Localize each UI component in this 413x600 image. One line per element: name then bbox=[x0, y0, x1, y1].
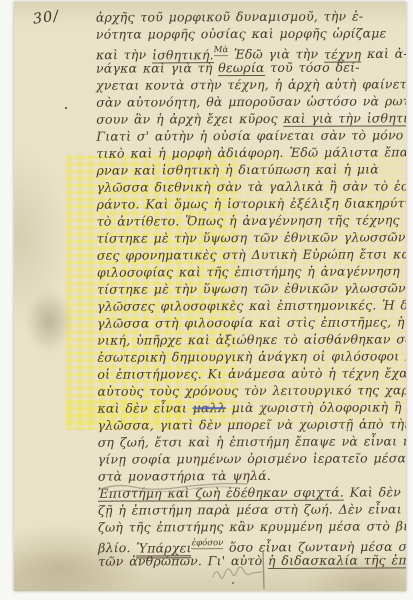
text-segment: τίστηκε μὲ τὴν ὕψωση τῶν ἐθνικῶν γλωσσῶν… bbox=[97, 229, 406, 246]
inserted-word: ἐφόσον bbox=[192, 538, 224, 549]
text-segment: ζῇ ἡ ἐπιστήμη παρὰ μέσα στὴ ζωή. Δὲν εἶν… bbox=[98, 501, 406, 517]
text-segment: σουν ἂν ἡ ἀρχὴ ἔχει κῦρος bbox=[96, 111, 283, 127]
text-line: νική, ὑπῆρχε καὶ ἀξιώθηκε τὸ αἰσθάνθηκαν… bbox=[97, 330, 406, 348]
text-line: γλῶσσα, γιατὶ δὲν μπορεῖ νὰ χωριστῇ ἀπὸ … bbox=[98, 415, 406, 433]
text-line: τίστηκε μὲ τὴν ὕψωση τῶν ἐθνικῶν γλωσσῶν… bbox=[97, 228, 406, 246]
text-line: Γιατὶ σ' αὐτὴν ἡ οὐσία φαίνεται σὰν τὸ μ… bbox=[96, 126, 406, 144]
text-line: βλίο. Ὑπάρχειἐφόσον ὅσο εἶναι ζωντανὴ μέ… bbox=[98, 534, 406, 552]
text-segment: γλῶσσα διεθνικὴ σὰν τὰ γαλλικὰ ἢ σὰν τὸ … bbox=[97, 178, 406, 194]
text-line: καὶ δὲν εἶναι μαλλ μιὰ χωριστὴ ὁλοφορικὴ… bbox=[97, 398, 406, 416]
text-segment: στὰ μοναστήρια τὰ ψηλά. bbox=[98, 468, 271, 484]
text-line: σουν ἂν ἡ ἀρχὴ ἔχει κῦρος καὶ γιὰ τὴν ἰσ… bbox=[96, 109, 406, 127]
text-segment: σες φρονηματικὲς στὴ Δυτικὴ Εὐρώπη ἔτσι … bbox=[97, 246, 406, 263]
text-segment: αὐτοὺς τοὺς χρόνους τὸν λειτουργικό της … bbox=[97, 382, 406, 399]
text-segment: ση ζωή, ἔτσι καὶ ἡ ἐπιστήμη ἔπαψε νὰ εἶν… bbox=[98, 433, 406, 449]
text-segment: τὸ ἀντίθετο. Ὅπως ἡ ἀναγέννηση τῆς τέχνη… bbox=[97, 212, 406, 228]
text-line: γίνῃ σοφία μυημένων ὁρισμένο ἱερατεῖο μέ… bbox=[98, 449, 406, 467]
text-line: γλῶσσες φιλοσοφικὲς καὶ ἐπιστημονικές. Ἡ… bbox=[97, 296, 406, 314]
text-segment: ρναν καὶ ἰσθητικὴ ἡ διατύπωση καὶ ἡ μιὰ bbox=[96, 161, 378, 177]
text-segment: τῶν ἀνθρώπων. Γι' αὐτὸ bbox=[98, 553, 268, 569]
text-line: ράντο. Καὶ ὅμως ἡ ἱστορικὴ ἐξέλιξη διακη… bbox=[97, 194, 406, 212]
text-segment: νάγκα καὶ γιὰ τὴ bbox=[96, 60, 218, 76]
text-segment: μιὰ χωριστὴ ὁλοφορικὴ ἢ ἀσκητικὴ bbox=[226, 399, 406, 415]
text-segment: καὶ δὲν εἶναι bbox=[97, 400, 192, 415]
text-segment: γλῶσσες φιλοσοφικὲς καὶ ἐπιστημονικές. Ἡ… bbox=[97, 297, 406, 314]
text-line: σὰν αὐτονόητη, θὰ μποροῦσαν ὡστόσο νὰ ρω… bbox=[96, 92, 406, 110]
inserted-word: Μὰ bbox=[214, 45, 229, 56]
text-segment: καὶ ἀ- bbox=[361, 46, 406, 61]
text-line: γλῶσσα διεθνικὴ σὰν τὰ γαλλικὰ ἢ σὰν τὸ … bbox=[97, 177, 406, 195]
text-segment: τοῦ τόσο δεί- bbox=[265, 60, 360, 75]
text-line: ζῇ ἡ ἐπιστήμη παρὰ μέσα στὴ ζωή. Δὲν εἶν… bbox=[98, 500, 406, 518]
text-line: τῶν ἀνθρώπων. Γι' αὐτὸ ἡ διδασκαλία τῆς … bbox=[98, 551, 406, 569]
text-line: νάγκα καὶ γιὰ τὴ θεωρία τοῦ τόσο δεί- bbox=[96, 58, 406, 76]
text-segment: ζωὴ τῆς ἐπιστήμης κἂν κρυμμένη μέσα στὸ … bbox=[98, 518, 406, 534]
ink-smudge bbox=[26, 290, 72, 352]
text-line: γλῶσσα στὴ φιλοσοφία καὶ στὶς ἐπιστῆμες,… bbox=[97, 313, 406, 331]
text-segment: χνεται κοντὰ στὴν τέχνη, ἡ ἀρχὴ αὐτὴ φαί… bbox=[96, 76, 406, 92]
text-segment: νική, ὑπῆρχε καὶ ἀξιώθηκε τὸ αἰσθάνθηκαν… bbox=[97, 331, 406, 347]
text-line: αὐτοὺς τοὺς χρόνους τὸν λειτουργικό της … bbox=[97, 381, 406, 399]
text-segment: γλῶσσα, γιατὶ δὲν μπορεῖ νὰ χωριστῇ ἀπὸ … bbox=[98, 416, 406, 433]
text-segment: τίστηκε μὲ τὴν ὕψωση τῶν ἐθνικῶν γλωσσῶν… bbox=[97, 280, 406, 296]
manuscript-page: 30/ ἀρχῆς τοῦ μορφικοῦ δυναμισμοῦ, τὴν ἑ… bbox=[14, 2, 406, 591]
text-segment: νότητα μορφῆς οὐσίας καὶ μορφῆς ὡρίζαμε bbox=[96, 25, 387, 41]
text-line: στὰ μοναστήρια τὰ ψηλά. bbox=[98, 466, 406, 484]
scan-background: 30/ ἀρχῆς τοῦ μορφικοῦ δυναμισμοῦ, τὴν ἑ… bbox=[0, 0, 413, 600]
page-number: 30/ bbox=[32, 8, 60, 28]
text-line: τίστηκε μὲ τὴν ὕψωση τῶν ἐθνικῶν γλωσσῶν… bbox=[97, 279, 406, 297]
underlined-text: Ἐπιστήμη καὶ ζωὴ ἐδέθηκαν σφιχτά. bbox=[98, 485, 344, 502]
text-line: ζωὴ τῆς ἐπιστήμης κἂν κρυμμένη μέσα στὸ … bbox=[98, 517, 406, 535]
manuscript-text-block: ἀρχῆς τοῦ μορφικοῦ δυναμισμοῦ, τὴν ἑ-νότ… bbox=[96, 7, 406, 569]
text-line: τὸ ἀντίθετο. Ὅπως ἡ ἀναγέννηση τῆς τέχνη… bbox=[97, 211, 406, 229]
text-segment: τικὸ καὶ ἡ μορφὴ ἀδιάφορη. Ἐδῶ μάλιστα ἔ… bbox=[96, 144, 406, 160]
text-line: φιλοσοφίας καὶ τῆς ἐπιστήμης ἡ ἀναγέννησ… bbox=[97, 262, 406, 280]
underlined-text: θεωρία bbox=[218, 60, 264, 76]
text-segment: φιλοσοφίας καὶ τῆς ἐπιστήμης ἡ ἀναγέννησ… bbox=[97, 263, 406, 279]
text-line: τικὸ καὶ ἡ μορφὴ ἀδιάφορη. Ἐδῶ μάλιστα ἔ… bbox=[96, 143, 406, 161]
text-line: ἐσωτερικὴ δημιουργικὴ ἀνάγκη οἱ φιλόσοφο… bbox=[97, 347, 406, 365]
text-line: σες φρονηματικὲς στὴ Δυτικὴ Εὐρώπη ἔτσι … bbox=[97, 245, 406, 263]
text-segment: Καὶ δὲν bbox=[344, 484, 401, 499]
text-segment: ράντο. Καὶ ὅμως ἡ ἱστορικὴ ἐξέλιξη διακη… bbox=[97, 195, 406, 211]
struck-word: μαλλ bbox=[193, 400, 226, 415]
text-line: Ἐπιστήμη καὶ ζωὴ ἐδέθηκαν σφιχτά. Καὶ δὲ… bbox=[98, 483, 406, 501]
text-segment: Γιατὶ σ' αὐτὴν ἡ οὐσία φαίνεται σὰν τὸ μ… bbox=[96, 127, 406, 144]
text-line: οἱ ἐπιστήμονες. Κι ἀνάμεσα αὐτὸ ἡ τέχνη … bbox=[97, 364, 406, 382]
text-segment: ἀρχῆς τοῦ μορφικοῦ δυναμισμοῦ, τὴν ἑ- bbox=[96, 9, 364, 25]
text-line: ση ζωή, ἔτσι καὶ ἡ ἐπιστήμη ἔπαψε νὰ εἶν… bbox=[98, 432, 406, 450]
text-line: ρναν καὶ ἰσθητικὴ ἡ διατύπωση καὶ ἡ μιὰ bbox=[96, 160, 406, 178]
underlined-text: καὶ γιὰ τὴν ἰσθητική. bbox=[283, 110, 406, 127]
underlined-text: ἡ διδασκαλία τῆς ἐπιστήμης, bbox=[268, 552, 406, 569]
text-segment: σὰν αὐτονόητη, θὰ μποροῦσαν ὡστόσο νὰ ρω… bbox=[96, 93, 406, 109]
text-segment: οἱ ἐπιστήμονες. Κι ἀνάμεσα αὐτὸ ἡ τέχνη … bbox=[97, 365, 406, 381]
text-line: χνεται κοντὰ στὴν τέχνη, ἡ ἀρχὴ αὐτὴ φαί… bbox=[96, 75, 406, 93]
text-line: ἀρχῆς τοῦ μορφικοῦ δυναμισμοῦ, τὴν ἑ- bbox=[96, 7, 406, 25]
text-segment: γλῶσσα στὴ φιλοσοφία καὶ στὶς ἐπιστῆμες,… bbox=[97, 314, 406, 331]
text-segment: ἐσωτερικὴ δημιουργικὴ ἀνάγκη οἱ φιλόσοφο… bbox=[97, 348, 406, 364]
text-line: νότητα μορφῆς οὐσίας καὶ μορφῆς ὡρίζαμε bbox=[96, 24, 406, 42]
text-segment: γίνῃ σοφία μυημένων ὁρισμένο ἱερατεῖο μέ… bbox=[98, 450, 406, 466]
text-line: καὶ τὴν ἰσθητική.Μὰ Ἐδῶ γιὰ τὴν τέχνη κα… bbox=[96, 41, 406, 59]
